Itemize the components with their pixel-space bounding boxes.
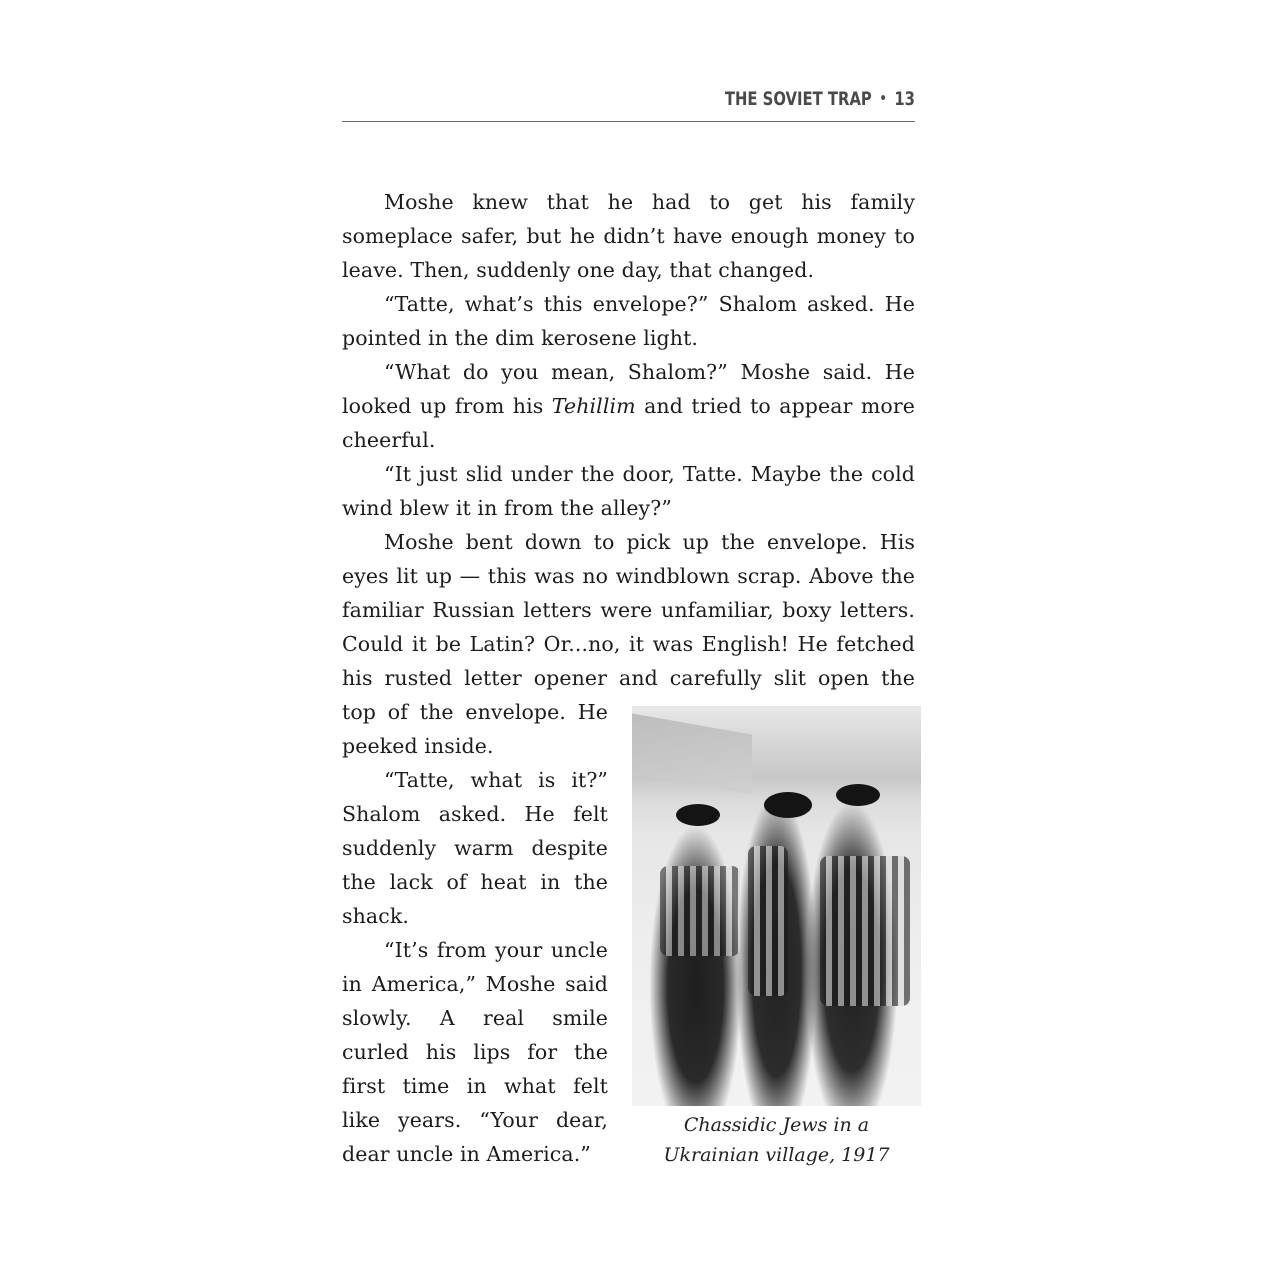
paragraph: “It’s from your uncle in America,” Moshe… <box>342 933 608 1171</box>
paragraph: Moshe knew that he had to get his family… <box>342 185 915 287</box>
paragraph: Moshe bent down to pick up the envelope.… <box>342 525 915 695</box>
bullet-separator: • <box>880 91 887 107</box>
photo-hat-right <box>836 784 880 806</box>
paragraph: “Tatte, what’s this envelope?” Shalom as… <box>342 287 915 355</box>
photo-prayer-shawl-middle <box>748 846 788 996</box>
running-title: THE SOVIET TRAP <box>725 88 872 110</box>
photo-hat-left <box>676 804 720 826</box>
italic-term: Tehillim <box>552 394 636 418</box>
header-rule <box>342 121 915 122</box>
photo-prayer-shawl-left <box>660 866 740 956</box>
book-page: THE SOVIET TRAP•13 Moshe knew that he ha… <box>0 0 1261 1261</box>
photo-roof-detail <box>632 713 752 794</box>
photo-prayer-shawl-right <box>820 856 910 1006</box>
caption-line: Chassidic Jews in a <box>632 1110 921 1140</box>
paragraph: “It just slid under the door, Tatte. May… <box>342 457 915 525</box>
paragraph: top of the envelope. He peeked inside. <box>342 695 608 763</box>
caption-line: Ukrainian village, 1917 <box>632 1140 921 1170</box>
running-head: THE SOVIET TRAP•13 <box>468 88 915 110</box>
body-text-narrow-column: top of the envelope. He peeked inside. “… <box>342 695 608 1171</box>
paragraph: “What do you mean, Shalom?” Moshe said. … <box>342 355 915 457</box>
photo-caption: Chassidic Jews in a Ukrainian village, 1… <box>632 1110 921 1170</box>
historical-photo <box>632 706 921 1106</box>
page-number: 13 <box>894 88 915 110</box>
photo-hat-middle <box>764 792 812 818</box>
paragraph: “Tatte, what is it?” Shalom asked. He fe… <box>342 763 608 933</box>
body-text-full-width: Moshe knew that he had to get his family… <box>342 185 915 695</box>
